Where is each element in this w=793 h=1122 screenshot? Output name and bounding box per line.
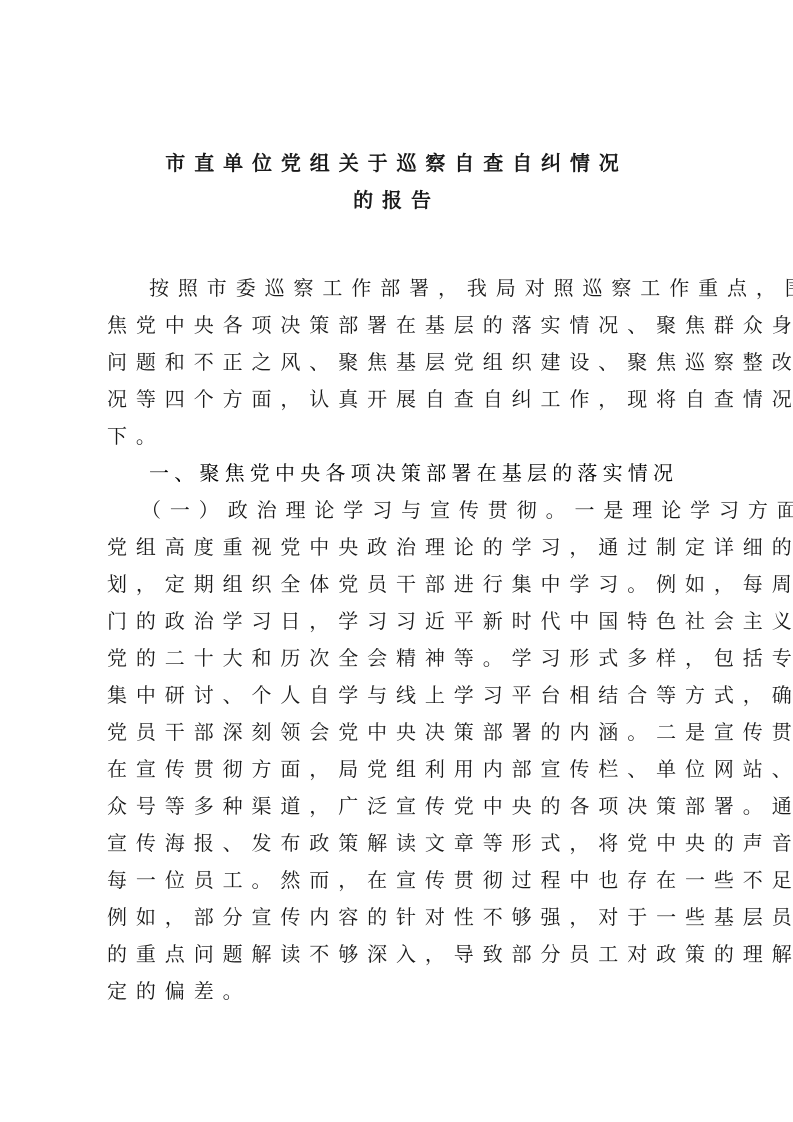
document-page: 市直单位党组关于巡察自查自纠情况 的报告 按照市委巡察工作部署，我局对照巡察工作…: [0, 0, 793, 1122]
body-line: 例如，部分宣传内容的针对性不够强，对于一些基层员工关注: [107, 899, 697, 936]
document-title: 市直单位党组关于巡察自查自纠情况 的报告: [0, 145, 793, 219]
body-line: 划，定期组织全体党员干部进行集中学习。例如，每周安排专: [107, 566, 697, 603]
body-line: 众号等多种渠道，广泛宣传党中央的各项决策部署。通过制作: [107, 788, 697, 825]
body-line: 门的政治学习日，学习习近平新时代中国特色社会主义思想、: [107, 603, 697, 640]
body-line: 宣传海报、发布政策解读文章等形式，将党中央的声音传递到: [107, 825, 697, 862]
intro-line: 按照市委巡察工作部署，我局对照巡察工作重点，围绕聚: [107, 270, 697, 307]
body-line: 在宣传贯彻方面，局党组利用内部宣传栏、单位网站、微信公: [107, 751, 697, 788]
body-line: 党员干部深刻领会党中央决策部署的内涵。二是宣传贯彻方面。: [107, 714, 697, 751]
body-line: 党组高度重视党中央政治理论的学习，通过制定详细的学习计: [107, 529, 697, 566]
intro-line: 焦党中央各项决策部署在基层的落实情况、聚焦群众身边腐败: [107, 307, 697, 344]
section-heading: 一、聚焦党中央各项决策部署在基层的落实情况: [107, 455, 697, 492]
document-body: 按照市委巡察工作部署，我局对照巡察工作重点，围绕聚 焦党中央各项决策部署在基层的…: [107, 270, 697, 1010]
subsection-paragraph: （一）政治理论学习与宣传贯彻。一是理论学习方面。局 党组高度重视党中央政治理论的…: [107, 492, 697, 1010]
body-line: 集中研讨、个人自学与线上学习平台相结合等方式，确保全体: [107, 677, 697, 714]
body-line: 党的二十大和历次全会精神等。学习形式多样，包括专题讲座、: [107, 640, 697, 677]
intro-line: 问题和不正之风、聚焦基层党组织建设、聚焦巡察整改落实情: [107, 344, 697, 381]
title-line-2: 的报告: [0, 182, 793, 219]
intro-line: 下。: [107, 418, 697, 455]
body-line: 定的偏差。: [107, 973, 697, 1010]
body-line: （一）政治理论学习与宣传贯彻。一是理论学习方面。局: [107, 492, 697, 529]
body-line: 每一位员工。然而，在宣传贯彻过程中也存在一些不足之处。: [107, 862, 697, 899]
intro-line: 况等四个方面，认真开展自查自纠工作，现将自查情况报告如: [107, 381, 697, 418]
body-line: 的重点问题解读不够深入，导致部分员工对政策的理解存在一: [107, 936, 697, 973]
title-line-1: 市直单位党组关于巡察自查自纠情况: [0, 145, 793, 182]
intro-paragraph: 按照市委巡察工作部署，我局对照巡察工作重点，围绕聚 焦党中央各项决策部署在基层的…: [107, 270, 697, 455]
